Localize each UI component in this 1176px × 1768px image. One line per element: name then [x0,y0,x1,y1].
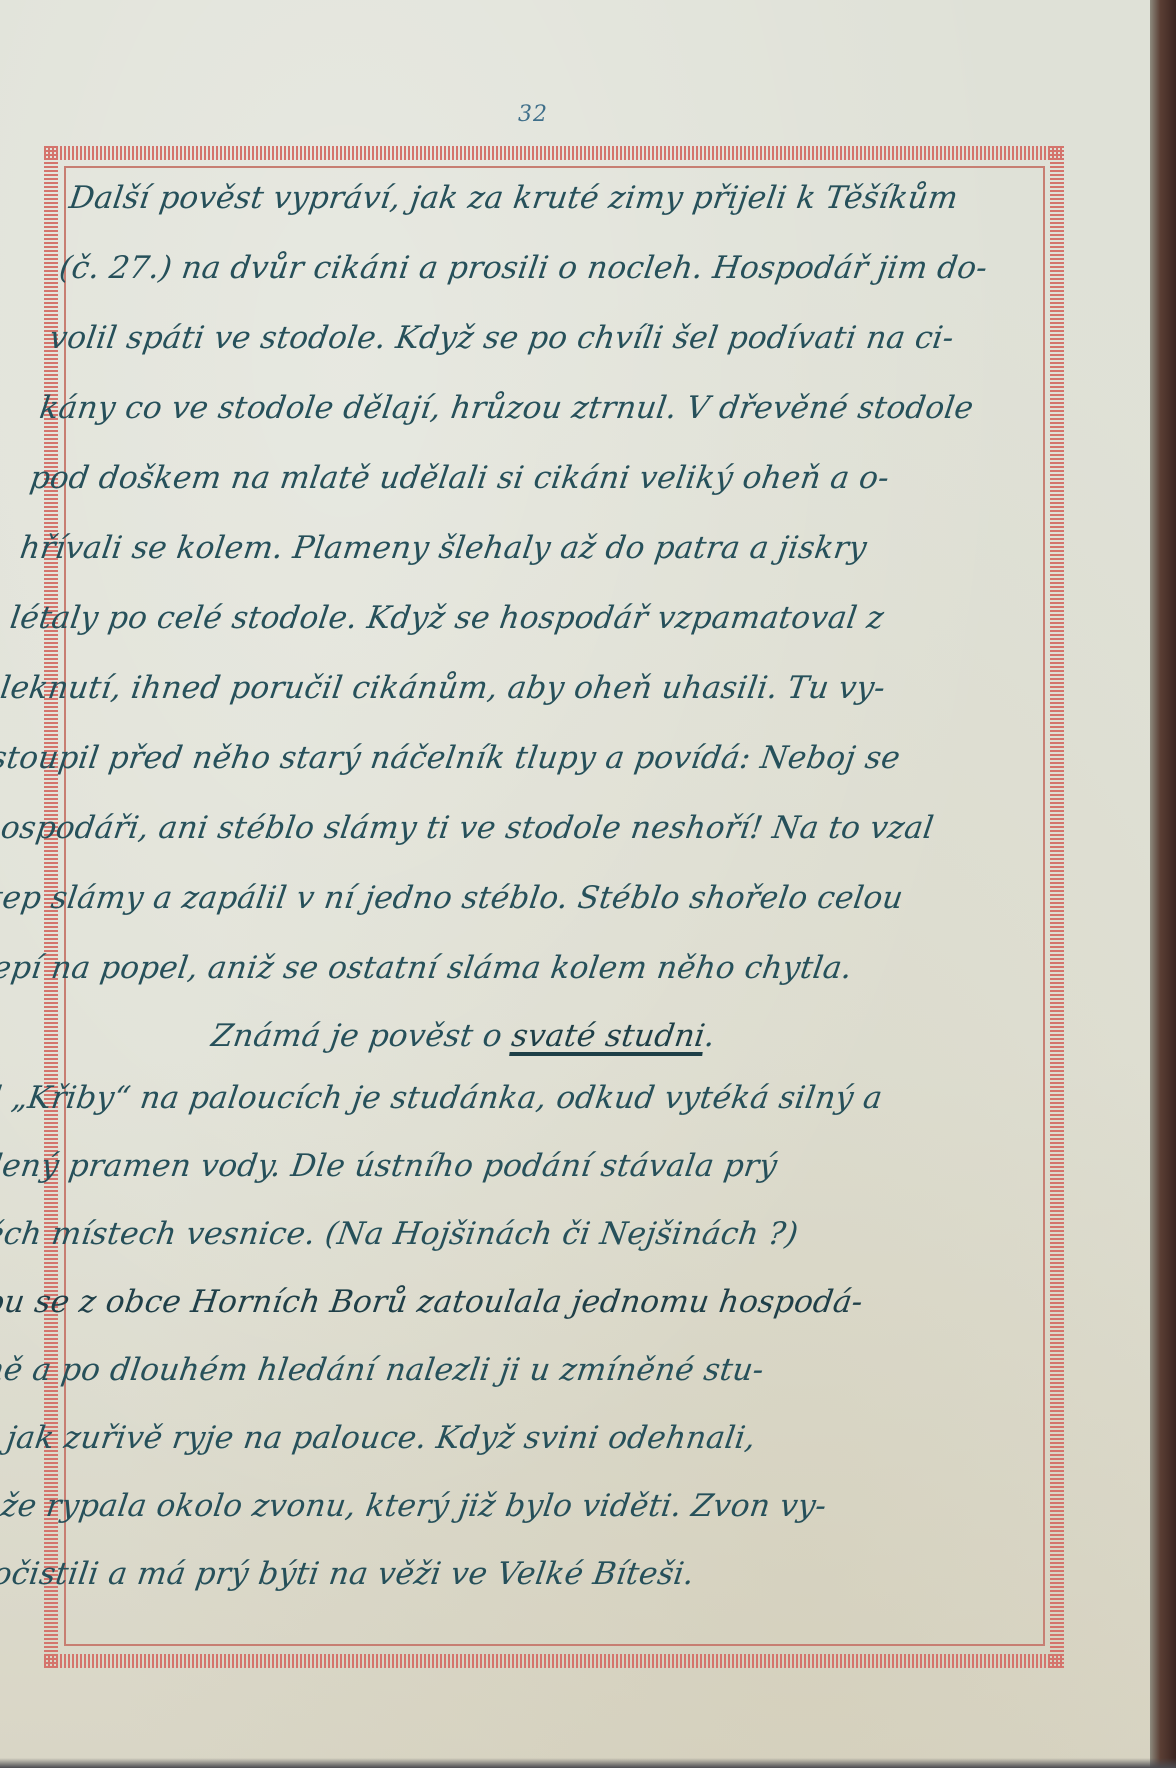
text-line: volil spáti ve stodole. Když se po chvíl… [47,320,956,356]
text-line: stoupil před něho starý náčelník tlupy a… [0,740,903,776]
text-line: Jednou se z obce Horních Borů zatoulala … [0,1284,865,1320]
text-line: otepí na popel, aniž se ostatní sláma ko… [0,950,854,986]
text-line: kopali, očistili a má prý býti na věži v… [0,1556,696,1592]
text-line: hřívali se kolem. Plameny šlehaly až do … [18,530,869,566]
text-line: na těch místech vesnice. (Na Hojšinách č… [0,1216,800,1252]
heading-underlined-title: svaté studni [509,1018,707,1054]
text-line: hospodáři, ani stéblo slámy ti ve stodol… [0,810,936,846]
text-line: leknutí, ihned poručil cikánům, aby oheň… [0,670,887,706]
page-number: 32 [518,102,548,127]
section-heading: Známá je pověst o svaté studni. [209,1018,717,1054]
text-line: studený pramen vody. Dle ústního podání … [0,1148,779,1184]
book-bottom-edge [0,1758,1176,1768]
heading-prefix: Známá je pověst o [209,1018,514,1054]
frame-hatch-right [1050,146,1064,1668]
text-line: (č. 27.) na dvůr cikáni a prosili o nocl… [57,250,990,286]
text-line: Pod „Křiby“ na paloucích je studánka, od… [0,1080,885,1116]
text-line: otep slámy a zapálil v ní jedno stéblo. … [0,880,905,916]
text-line: zjistili, že rypala okolo zvonu, který j… [0,1488,829,1524]
text-line: pod doškem na mlatě udělali si cikáni ve… [28,460,892,496]
text-line: létaly po celé stodole. Když se hospodář… [8,600,886,636]
text-line: Další pověst vypráví, jak za kruté zimy … [67,180,960,216]
text-line: ři svině a po dlouhém hledání nalezli ji… [0,1352,766,1388]
book-binding-edge [1150,0,1176,1768]
frame-hatch-top [44,146,1064,160]
text-line: dánky, jak zuřivě ryje na palouce. Když … [0,1420,758,1456]
frame-hatch-bottom [44,1654,1064,1668]
text-line: kány co ve stodole dělají, hrůzou ztrnul… [37,390,975,426]
